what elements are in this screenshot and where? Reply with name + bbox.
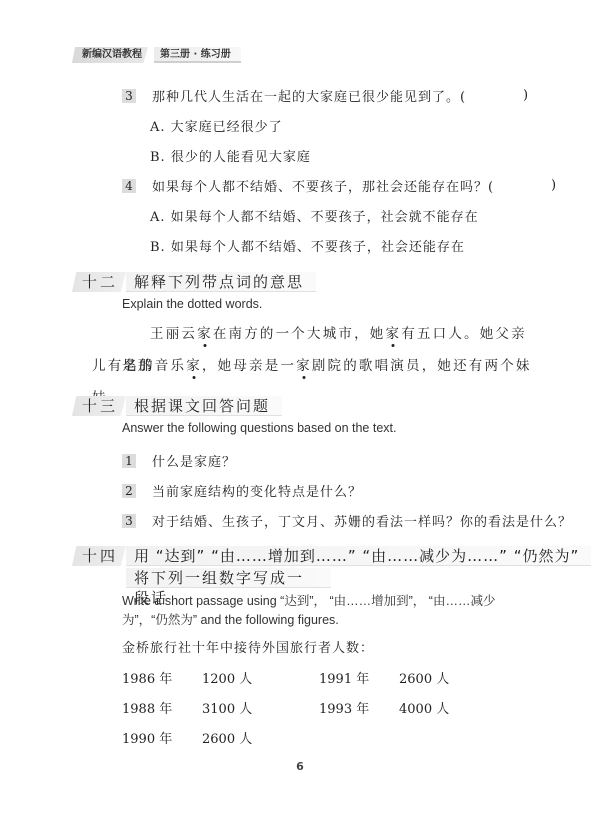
figures-row: 1986 年 1200 人 1991 年 2600 人	[122, 668, 479, 687]
figures-row: 1988 年 3100 人 1993 年 4000 人	[122, 698, 479, 717]
answer-blank-close: )	[494, 178, 556, 193]
section-14-instruction-line-2: 为”，“仍然为” and the following figures.	[122, 610, 339, 628]
question-3: 3 那种几代人生活在一起的大家庭已很少能见到了。( )	[122, 86, 528, 105]
year	[319, 728, 399, 747]
option-b: B. 如果每个人都不结婚、不要孩子，社会还能存在	[150, 236, 465, 255]
passage-text: 儿有名的音乐	[92, 358, 186, 374]
option-a: A. 如果每个人都不结婚、不要孩子，社会就不能存在	[150, 206, 479, 225]
section-number: 十三	[72, 396, 126, 416]
section-13-heading: 十三 根据课文回答问题	[72, 396, 282, 416]
question-number-badge: 3	[122, 514, 136, 528]
section-13-instruction: Answer the following questions based on …	[122, 421, 396, 435]
option-b: B. 很少的人能看见大家庭	[150, 146, 311, 165]
data-caption: 金桥旅行社十年中接待外国旅行者人数：	[122, 637, 374, 656]
passage-text: ，她母亲是一	[202, 358, 296, 374]
question-text: 对于结婚、生孩子，丁文月、苏姗的看法一样吗？你的看法是什么？	[152, 511, 572, 530]
year: 1986 年	[122, 668, 202, 687]
section-title: 根据课文回答问题	[126, 396, 282, 416]
option-text: 很少的人能看见大家庭	[171, 150, 311, 165]
volume-label: 第三册 · 练习册	[154, 47, 241, 63]
section-number: 十四	[72, 546, 126, 566]
option-text: 如果每个人都不结婚、不要孩子，社会就不能存在	[171, 210, 479, 225]
passage-text: 在南方的一个大城市，她	[213, 326, 386, 342]
section-13-question-3: 3 对于结婚、生孩子，丁文月、苏姗的看法一样吗？你的看法是什么？	[122, 511, 572, 530]
dotted-word: 家	[186, 358, 202, 374]
question-text: 那种几代人生活在一起的大家庭已很少能见到了。(	[152, 86, 466, 105]
year: 1990 年	[122, 728, 202, 747]
option-text: 如果每个人都不结婚、不要孩子，社会还能存在	[171, 240, 465, 255]
question-4: 4 如果每个人都不结婚、不要孩子，那社会还能存在吗？( )	[122, 176, 556, 195]
section-13-question-2: 2 当前家庭结构的变化特点是什么？	[122, 481, 362, 500]
section-12-heading: 十二 解释下列带点词的意思	[72, 272, 316, 292]
count: 2600 人	[202, 728, 319, 747]
option-label: A.	[150, 120, 166, 135]
question-number-badge: 2	[122, 484, 136, 498]
year: 1988 年	[122, 698, 202, 717]
question-text: 当前家庭结构的变化特点是什么？	[152, 481, 362, 500]
section-13-question-1: 1 什么是家庭？	[122, 451, 236, 470]
running-header: 新编汉语教程 第三册 · 练习册	[72, 47, 241, 63]
year: 1993 年	[319, 698, 399, 717]
option-a: A. 大家庭已经很少了	[150, 116, 283, 135]
section-title: 解释下列带点词的意思	[126, 272, 316, 292]
page-number: 6	[0, 760, 600, 773]
dotted-word: 家	[197, 326, 213, 342]
count: 3100 人	[202, 698, 319, 717]
answer-blank-close: )	[466, 88, 528, 103]
section-title-line-1: 用 “达到” “由……增加到……” “由……减少为……” “仍然为”	[126, 546, 591, 566]
passage-text: 王丽云	[150, 326, 197, 342]
section-number: 十二	[72, 272, 126, 292]
count: 2600 人	[399, 668, 479, 687]
section-12-instruction: Explain the dotted words.	[122, 297, 262, 311]
figures-row: 1990 年 2600 人	[122, 728, 479, 747]
option-label: B.	[150, 150, 166, 165]
section-title-line-2: 将下列一组数字写成一段话	[126, 568, 331, 588]
section-14-instruction-line-1: Write a short passage using “达到”， “由……增加…	[122, 591, 495, 609]
section-title-block: 用 “达到” “由……增加到……” “由……减少为……” “仍然为” 将下列一组…	[126, 546, 591, 588]
option-label: B.	[150, 240, 166, 255]
book-title: 新编汉语教程	[72, 47, 148, 63]
dotted-word: 家	[296, 358, 312, 374]
question-number-badge: 1	[122, 454, 136, 468]
option-text: 大家庭已经很少了	[171, 120, 283, 135]
option-label: A.	[150, 210, 166, 225]
question-number-badge: 3	[122, 89, 136, 103]
year: 1991 年	[319, 668, 399, 687]
count: 1200 人	[202, 668, 319, 687]
question-number-badge: 4	[122, 179, 136, 193]
question-text: 什么是家庭？	[152, 451, 236, 470]
count: 4000 人	[399, 698, 479, 717]
dotted-word: 家	[386, 326, 402, 342]
count	[399, 728, 479, 747]
question-text: 如果每个人都不结婚、不要孩子，那社会还能存在吗？(	[152, 176, 494, 195]
section-14-heading: 十四 用 “达到” “由……增加到……” “由……减少为……” “仍然为” 将下…	[72, 546, 591, 588]
